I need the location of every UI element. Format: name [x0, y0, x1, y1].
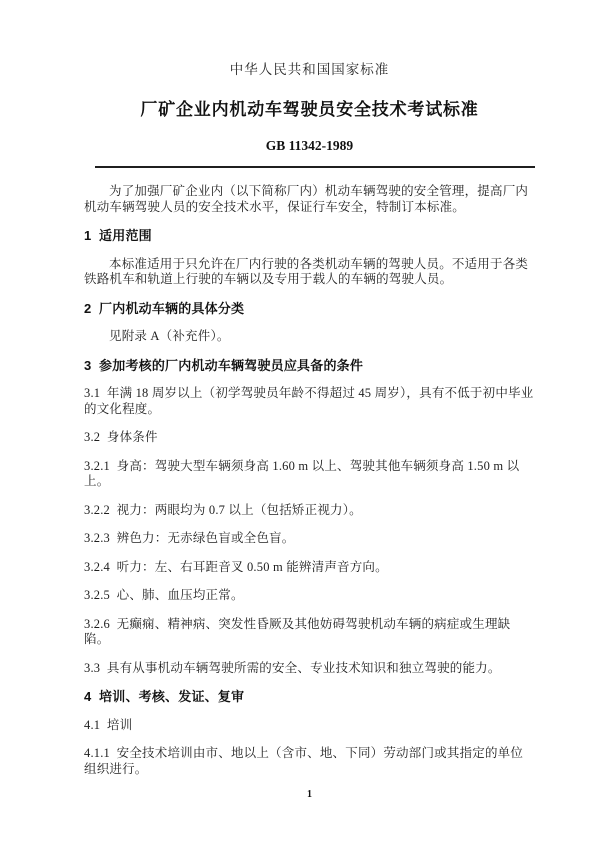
- clause-4-1: 4.1 培训: [84, 718, 535, 734]
- clause-4-1-1: 4.1.1 安全技术培训由市、地以上（含市、地、下同）劳动部门或其指定的单位组织…: [84, 746, 535, 777]
- document-title: 厂矿企业内机动车驾驶员安全技术考试标准: [84, 99, 535, 121]
- section-4-heading: 4 培训、考核、发证、复审: [84, 689, 535, 705]
- clause-3-2-1: 3.2.1 身高：驾驶大型车辆须身高 1.60 m 以上、驾驶其他车辆须身高 1…: [84, 459, 535, 490]
- clause-3-1: 3.1 年满 18 周岁以上（初学驾驶员年龄不得超过 45 周岁），具有不低于初…: [84, 386, 535, 417]
- section-2-paragraph: 见附录 A（补充件）。: [84, 329, 535, 345]
- section-1-heading: 1 适用范围: [84, 228, 535, 244]
- header-divider: [95, 166, 535, 168]
- page-number: 1: [84, 789, 535, 800]
- section-2-heading: 2 厂内机动车辆的具体分类: [84, 301, 535, 317]
- document-body: 为了加强厂矿企业内（以下简称厂内）机动车辆驾驶的安全管理，提高厂内机动车辆驾驶人…: [84, 184, 535, 777]
- section-3-heading: 3 参加考核的厂内机动车辆驾驶员应具备的条件: [84, 358, 535, 374]
- clause-3-2-6: 3.2.6 无癫痫、精神病、突发性昏厥及其他妨碍驾驶机动车辆的病症或生理缺陷。: [84, 617, 535, 648]
- standard-label: 中华人民共和国国家标准: [84, 62, 535, 78]
- clause-3-2-5: 3.2.5 心、肺、血压均正常。: [84, 588, 535, 604]
- standard-code: GB 11342-1989: [84, 139, 535, 153]
- clause-3-3: 3.3 具有从事机动车辆驾驶所需的安全、专业技术知识和独立驾驶的能力。: [84, 661, 535, 677]
- document-page: 中华人民共和国国家标准 厂矿企业内机动车驾驶员安全技术考试标准 GB 11342…: [0, 0, 600, 849]
- clause-3-2-2: 3.2.2 视力：两眼均为 0.7 以上（包括矫正视力）。: [84, 503, 535, 519]
- clause-3-2-4: 3.2.4 听力：左、右耳距音叉 0.50 m 能辨清声音方向。: [84, 560, 535, 576]
- intro-paragraph: 为了加强厂矿企业内（以下简称厂内）机动车辆驾驶的安全管理，提高厂内机动车辆驾驶人…: [84, 184, 535, 215]
- section-1-paragraph: 本标准适用于只允许在厂内行驶的各类机动车辆的驾驶人员。不适用于各类铁路机车和轨道…: [84, 257, 535, 288]
- clause-3-2: 3.2 身体条件: [84, 430, 535, 446]
- clause-3-2-3: 3.2.3 辨色力：无赤绿色盲或全色盲。: [84, 531, 535, 547]
